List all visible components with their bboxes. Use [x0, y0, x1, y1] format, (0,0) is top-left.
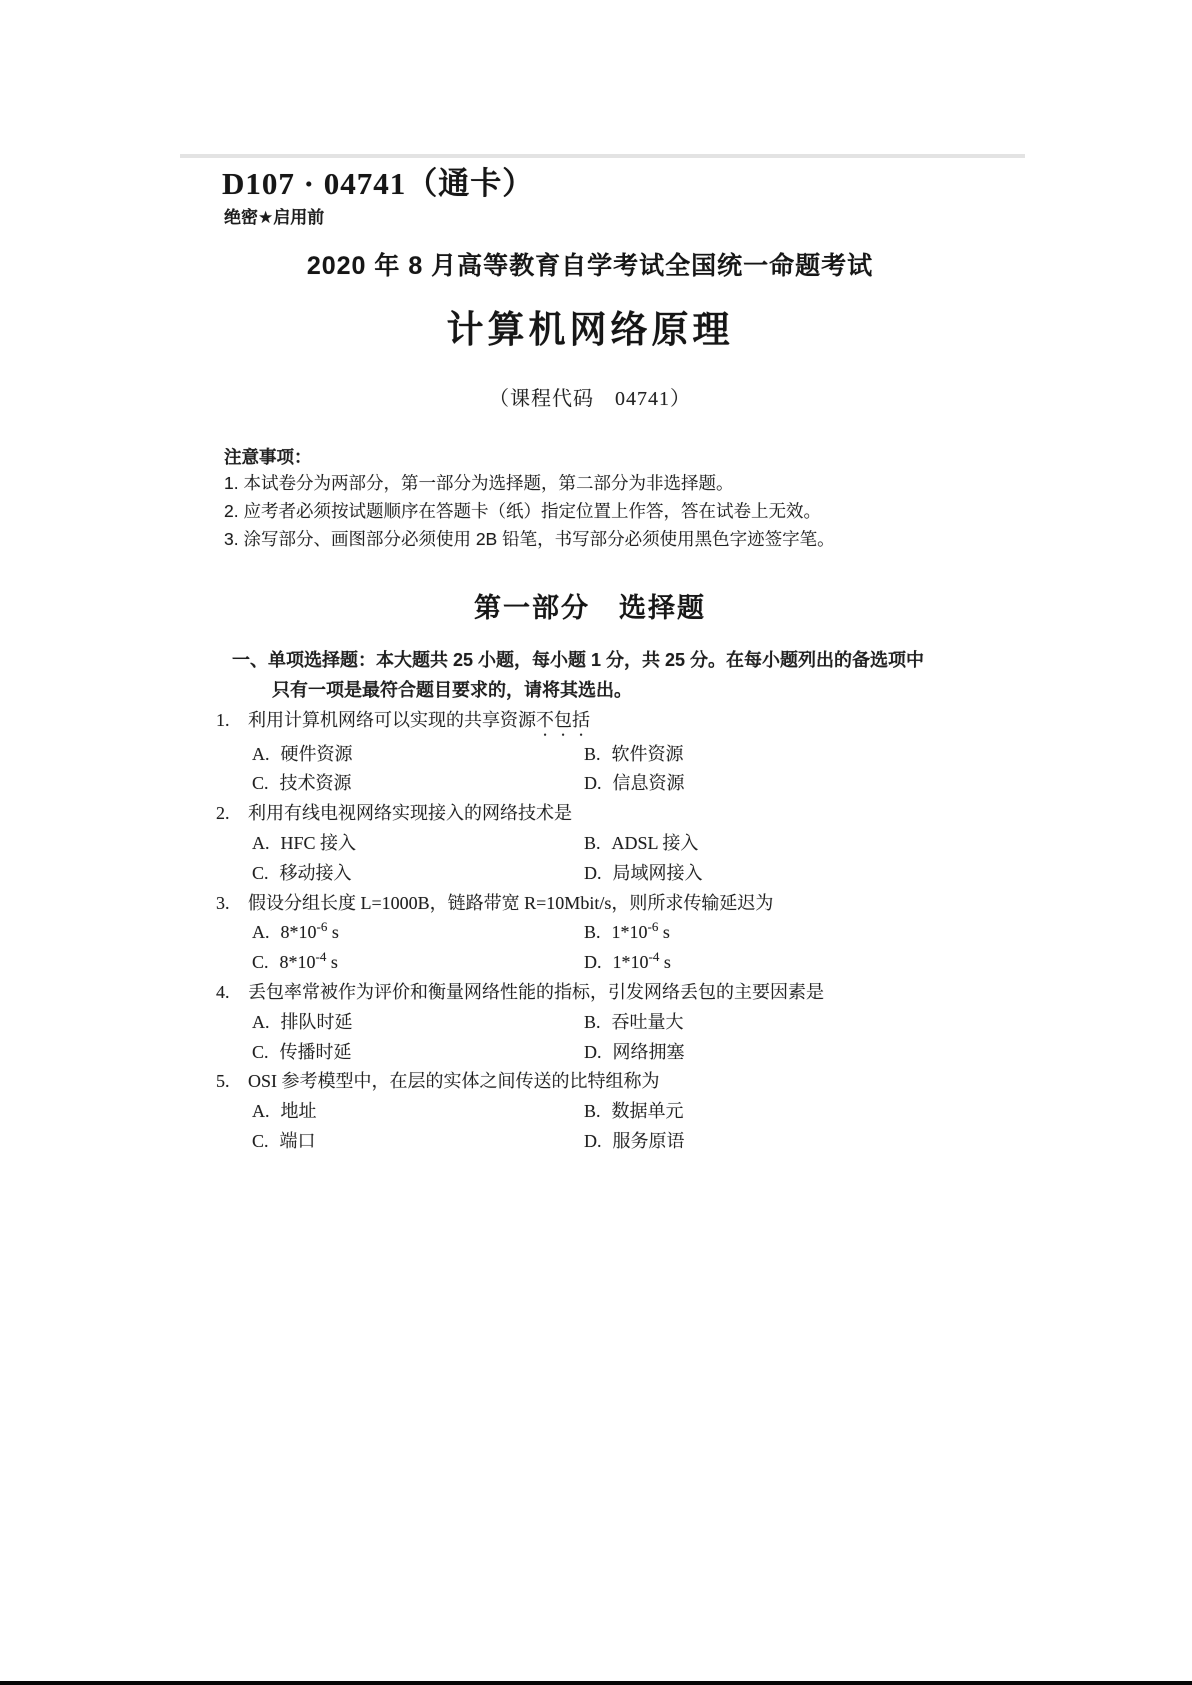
scanned-exam-page: D107 · 04741（通卡） 绝密★启用前 2020 年 8 月高等教育自学…	[0, 0, 1192, 1685]
option-label: A.	[252, 740, 270, 770]
note-item: 2. 应考者必须按试题顺序在答题卡（纸）指定位置上作答，答在试卷上无效。	[224, 498, 835, 526]
option-text: 软件资源	[612, 744, 684, 764]
answer-option: B.吞吐量大	[584, 1008, 684, 1038]
option-text: 地址	[281, 1101, 317, 1121]
question-stem-text: 假设分组长度 L=1000B，链路带宽 R=10Mbit/s，则所求传输延迟为	[248, 893, 773, 913]
option-label: D.	[584, 1038, 602, 1068]
option-label: B.	[584, 1097, 601, 1127]
option-label: C.	[252, 1038, 269, 1068]
course-title: 计算机网络原理	[180, 299, 1000, 353]
option-row: C.传播时延D.网络拥塞	[216, 1038, 996, 1068]
option-label: B.	[584, 829, 601, 859]
option-text: 移动接入	[280, 863, 352, 883]
option-label: D.	[584, 948, 602, 978]
option-row: A.地址B.数据单元	[216, 1097, 996, 1127]
option-text: 服务原语	[613, 1131, 685, 1151]
superscript: -4	[649, 949, 660, 964]
option-row: C.端口D.服务原语	[216, 1127, 996, 1157]
option-label: B.	[584, 1008, 601, 1038]
answer-option: A.硬件资源	[252, 740, 584, 770]
option-text: 端口	[280, 1131, 316, 1151]
option-text: 信息资源	[613, 773, 685, 793]
option-label: A.	[252, 1008, 270, 1038]
option-label: C.	[252, 859, 269, 889]
option-row: C.移动接入D.局域网接入	[216, 859, 996, 889]
question-stem-text: 利用有线电视网络实现接入的网络技术是	[248, 803, 572, 823]
option-text: 吞吐量大	[612, 1012, 684, 1032]
option-text: 排队时延	[281, 1012, 353, 1032]
option-text: 8*10-6 s	[281, 922, 339, 942]
option-label: A.	[252, 1097, 270, 1127]
section-heading: 第一部分 选择题	[180, 586, 1000, 625]
option-text: 硬件资源	[281, 744, 353, 764]
course-code: （课程代码 04741）	[180, 382, 1000, 411]
answer-option: B.ADSL 接入	[584, 829, 698, 859]
answer-option: C.传播时延	[252, 1038, 584, 1068]
answer-option: B.1*10-6 s	[584, 918, 670, 948]
question-stem-text: OSI 参考模型中，在层的实体之间传送的比特组称为	[248, 1071, 660, 1091]
option-row: A.8*10-6 sB.1*10-6 s	[216, 918, 996, 948]
option-row: C.技术资源D.信息资源	[216, 769, 996, 799]
question-stem: 3.假设分组长度 L=1000B，链路带宽 R=10Mbit/s，则所求传输延迟…	[216, 889, 996, 919]
section-intro-line1: 一、单项选择题：本大题共 25 小题，每小题 1 分，共 25 分。在每小题列出…	[216, 646, 996, 676]
note-item: 3. 涂写部分、画图部分必须使用 2B 铅笔，书写部分必须使用黑色字迹签字笔。	[224, 526, 835, 554]
exam-code-heading: D107 · 04741（通卡）	[222, 158, 534, 203]
notes-block: 注意事项： 1. 本试卷分为两部分，第一部分为选择题，第二部分为非选择题。 2.…	[224, 444, 835, 553]
answer-option: D.1*10-4 s	[584, 948, 671, 978]
option-label: A.	[252, 829, 270, 859]
option-text: 技术资源	[280, 773, 352, 793]
answer-option: C.端口	[252, 1127, 584, 1157]
option-text: ADSL 接入	[612, 833, 699, 853]
answer-option: D.网络拥塞	[584, 1038, 685, 1068]
section-intro-line2: 只有一项是最符合题目要求的，请将其选出。	[216, 676, 996, 706]
option-row: A.硬件资源B.软件资源	[216, 740, 996, 770]
answer-option: D.信息资源	[584, 769, 685, 799]
superscript: -6	[648, 919, 659, 934]
question-stem: 2.利用有线电视网络实现接入的网络技术是	[216, 799, 996, 829]
answer-option: D.服务原语	[584, 1127, 685, 1157]
emphasized-text: 不包括	[536, 710, 590, 730]
answer-option: A.排队时延	[252, 1008, 584, 1038]
answer-option: D.局域网接入	[584, 859, 703, 889]
secrecy-notice: 绝密★启用前	[224, 203, 324, 228]
option-label: D.	[584, 769, 602, 799]
option-text: HFC 接入	[281, 833, 357, 853]
answer-option: A.8*10-6 s	[252, 918, 584, 948]
question-number: 1.	[216, 706, 236, 736]
option-text: 传播时延	[280, 1042, 352, 1062]
question-number: 4.	[216, 978, 236, 1008]
notes-heading: 注意事项：	[224, 444, 835, 470]
option-text: 1*10-6 s	[612, 922, 670, 942]
question-stem: 1.利用计算机网络可以实现的共享资源不包括	[216, 706, 996, 740]
option-text: 8*10-4 s	[280, 952, 338, 972]
option-label: B.	[584, 740, 601, 770]
option-row: A.HFC 接入B.ADSL 接入	[216, 829, 996, 859]
questions-list: 一、单项选择题：本大题共 25 小题，每小题 1 分，共 25 分。在每小题列出…	[216, 646, 996, 1157]
option-text: 局域网接入	[613, 863, 703, 883]
question-number: 3.	[216, 889, 236, 919]
option-label: D.	[584, 859, 602, 889]
option-label: A.	[252, 918, 270, 948]
option-label: B.	[584, 918, 601, 948]
answer-option: C.8*10-4 s	[252, 948, 584, 978]
question-stem-text: 利用计算机网络可以实现的共享资源不包括	[248, 710, 590, 730]
answer-option: A.地址	[252, 1097, 584, 1127]
question-stem: 4.丢包率常被作为评价和衡量网络性能的指标，引发网络丢包的主要因素是	[216, 978, 996, 1008]
answer-option: C.技术资源	[252, 769, 584, 799]
option-label: D.	[584, 1127, 602, 1157]
exam-session-title: 2020 年 8 月高等教育自学考试全国统一命题考试	[180, 246, 1000, 282]
answer-option: B.软件资源	[584, 740, 684, 770]
option-label: C.	[252, 948, 269, 978]
answer-option: B.数据单元	[584, 1097, 684, 1127]
option-text: 数据单元	[612, 1101, 684, 1121]
question-number: 2.	[216, 799, 236, 829]
question-number: 5.	[216, 1067, 236, 1097]
superscript: -4	[316, 949, 327, 964]
answer-option: A.HFC 接入	[252, 829, 584, 859]
superscript: -6	[317, 919, 328, 934]
answer-option: C.移动接入	[252, 859, 584, 889]
option-text: 网络拥塞	[613, 1042, 685, 1062]
note-item: 1. 本试卷分为两部分，第一部分为选择题，第二部分为非选择题。	[224, 470, 835, 498]
option-row: A.排队时延B.吞吐量大	[216, 1008, 996, 1038]
option-label: C.	[252, 769, 269, 799]
option-text: 1*10-4 s	[613, 952, 671, 972]
screenshot-bottom-edge	[0, 1681, 1192, 1685]
option-row: C.8*10-4 sD.1*10-4 s	[216, 948, 996, 978]
option-label: C.	[252, 1127, 269, 1157]
question-stem: 5.OSI 参考模型中，在层的实体之间传送的比特组称为	[216, 1067, 996, 1097]
question-stem-text: 丢包率常被作为评价和衡量网络性能的指标，引发网络丢包的主要因素是	[248, 982, 824, 1002]
